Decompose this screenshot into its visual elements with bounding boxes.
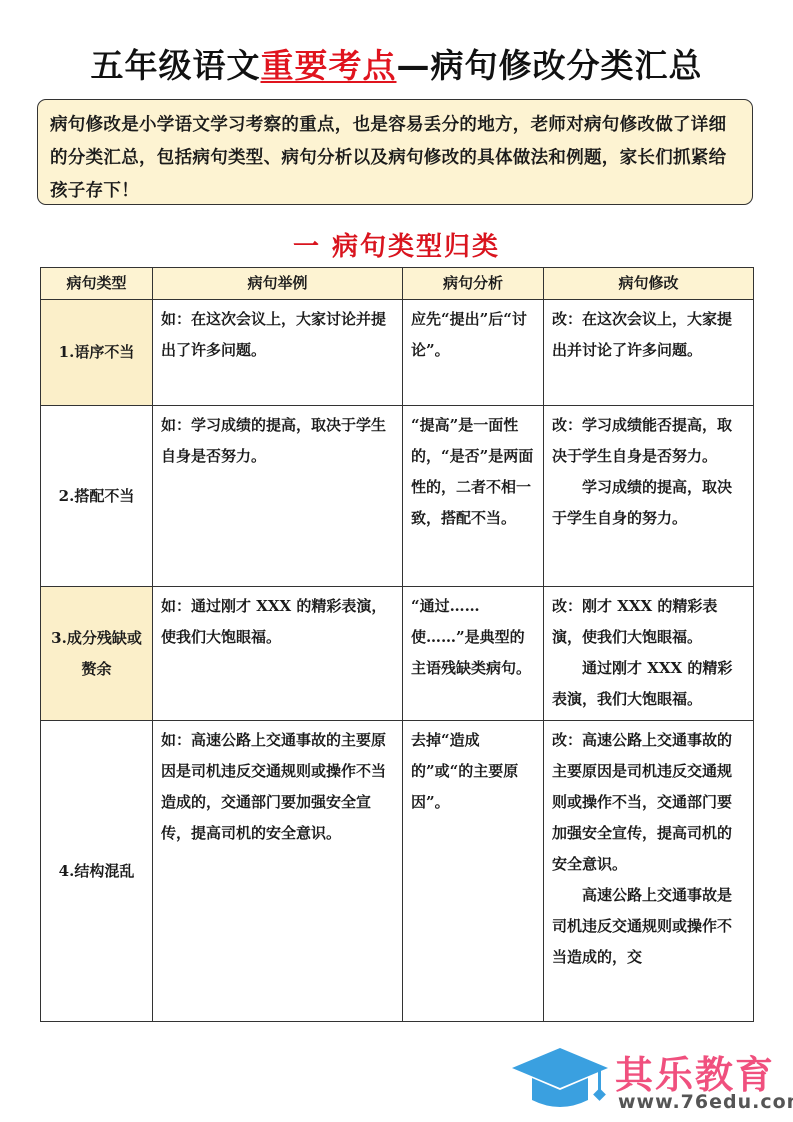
row-analysis: “通过……使……”是典型的主语残缺类病句。 <box>403 587 544 721</box>
row-analysis: “提高”是一面性的，“是否”是两面性的，二者不相一致，搭配不当。 <box>403 406 544 587</box>
page-title: 五年级语文重要考点—病句修改分类汇总 <box>0 40 793 87</box>
table-row: 2.搭配不当 如：学习成绩的提高，取决于学生自身是否努力。 “提高”是一面性的，… <box>41 406 754 587</box>
row-fix: 改：高速公路上交通事故的主要原因是司机违反交通规则或操作不当，交通部门要加强安全… <box>544 721 754 1022</box>
row-analysis: 去掉“造成的”或“的主要原因”。 <box>403 721 544 1022</box>
title-highlight: 重要考点 <box>261 46 397 85</box>
fix-primary: 改：刚才 XXX 的精彩表演，使我们大饱眼福。 <box>552 597 717 646</box>
brand-logo: 其乐教育 www.76edu.com <box>510 1042 785 1112</box>
intro-box: 病句修改是小学语文学习考察的重点，也是容易丢分的地方，老师对病句修改做了详细的分… <box>37 99 753 205</box>
fix-primary: 改：高速公路上交通事故的主要原因是司机违反交通规则或操作不当，交通部门要加强安全… <box>552 731 732 873</box>
title-prefix: 五年级语文 <box>91 46 261 85</box>
row-fix: 改：学习成绩能否提高，取决于学生自身是否努力。 学习成绩的提高，取决于学生自身的… <box>544 406 754 587</box>
title-suffix: —病句修改分类汇总 <box>397 46 703 85</box>
row-type: 3.成分残缺或赘余 <box>41 587 153 721</box>
row-analysis: 应先“提出”后“讨论”。 <box>403 300 544 406</box>
graduation-cap-icon <box>510 1042 610 1112</box>
error-type-table: 病句类型 病句举例 病句分析 病句修改 1.语序不当 如：在这次会议上，大家讨论… <box>40 267 754 1022</box>
header-type: 病句类型 <box>41 268 153 300</box>
row-type: 2.搭配不当 <box>41 406 153 587</box>
fix-alternative: 高速公路上交通事故是司机违反交通规则或操作不当造成的，交 <box>552 880 745 973</box>
brand-url: www.76edu.com <box>618 1091 793 1113</box>
fix-primary: 改：学习成绩能否提高，取决于学生自身是否努力。 <box>552 416 732 465</box>
row-example: 如：通过刚才 XXX 的精彩表演，使我们大饱眼福。 <box>153 587 403 721</box>
section-title: 一 病句类型归类 <box>0 226 793 263</box>
row-example: 如：学习成绩的提高，取决于学生自身是否努力。 <box>153 406 403 587</box>
table-row: 3.成分残缺或赘余 如：通过刚才 XXX 的精彩表演，使我们大饱眼福。 “通过…… <box>41 587 754 721</box>
row-type: 4.结构混乱 <box>41 721 153 1022</box>
header-fix: 病句修改 <box>544 268 754 300</box>
table-row: 1.语序不当 如：在这次会议上，大家讨论并提出了许多问题。 应先“提出”后“讨论… <box>41 300 754 406</box>
row-example: 如：在这次会议上，大家讨论并提出了许多问题。 <box>153 300 403 406</box>
header-example: 病句举例 <box>153 268 403 300</box>
table-row: 4.结构混乱 如：高速公路上交通事故的主要原因是司机违反交通规则或操作不当造成的… <box>41 721 754 1022</box>
row-type: 1.语序不当 <box>41 300 153 406</box>
fix-alternative: 学习成绩的提高，取决于学生自身的努力。 <box>552 472 745 534</box>
fix-primary: 改：在这次会议上，大家提出并讨论了许多问题。 <box>552 310 732 359</box>
row-fix: 改：在这次会议上，大家提出并讨论了许多问题。 <box>544 300 754 406</box>
table-header-row: 病句类型 病句举例 病句分析 病句修改 <box>41 268 754 300</box>
header-analysis: 病句分析 <box>403 268 544 300</box>
row-fix: 改：刚才 XXX 的精彩表演，使我们大饱眼福。 通过刚才 XXX 的精彩表演，我… <box>544 587 754 721</box>
fix-alternative: 通过刚才 XXX 的精彩表演，我们大饱眼福。 <box>552 653 745 715</box>
intro-text: 病句修改是小学语文学习考察的重点，也是容易丢分的地方，老师对病句修改做了详细的分… <box>50 115 726 201</box>
row-example: 如：高速公路上交通事故的主要原因是司机违反交通规则或操作不当造成的，交通部门要加… <box>153 721 403 1022</box>
